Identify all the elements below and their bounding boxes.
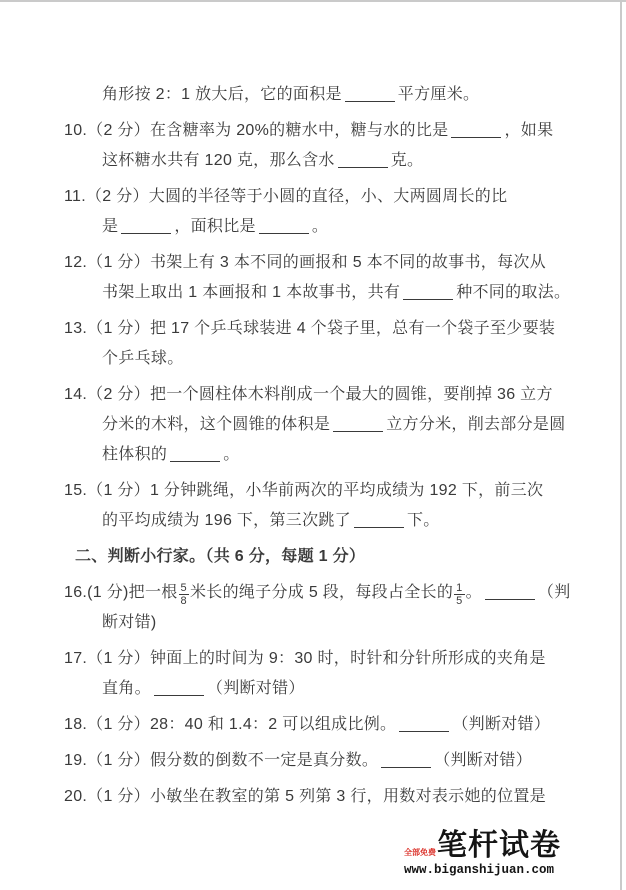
text-run: 10.（2 分）在含糖率为 20%的糖水中，糖与水的比是 <box>64 122 448 139</box>
text-run: 的平均成绩为 196 下，第三次跳了 <box>102 512 351 529</box>
q9-continuation: 角形按 2：1 放大后，它的面积是平方厘米。 <box>64 80 566 110</box>
text-run: ，如果 <box>504 122 553 139</box>
text-run: 是 <box>102 218 118 235</box>
answer-blank <box>333 414 383 432</box>
text-run: ，面积比是 <box>174 218 256 235</box>
fraction-denominator: 8 <box>179 595 189 607</box>
text-run: （判断对错） <box>452 716 550 733</box>
text-run: 18.（1 分）28：40 和 1.4：2 可以组成比例。 <box>64 716 396 733</box>
text-run: 这杯糖水共有 120 克，那么含水 <box>102 152 335 169</box>
text-run: 下。 <box>407 512 440 529</box>
text-run: 13.（1 分）把 17 个乒乓球装进 4 个袋子里，总有一个袋子至少要装 <box>64 320 555 337</box>
exam-body: 角形按 2：1 放大后，它的面积是平方厘米。10.（2 分）在含糖率为 20%的… <box>64 80 566 812</box>
q14: 14.（2 分）把一个圆柱体木料削成一个最大的圆锥，要削掉 36 立方分米的木料… <box>64 380 566 470</box>
text-run: 15.（1 分）1 分钟跳绳，小华前两次的平均成绩为 192 下，前三次 <box>64 482 543 499</box>
text-run: 平方厘米。 <box>398 86 480 103</box>
text-run: 二、判断小行家。（共 6 分，每题 1 分） <box>75 548 365 565</box>
text-run: 17.（1 分）钟面上的时间为 9：30 时，时针和分针所形成的夹角是 <box>64 650 546 667</box>
fraction-numerator: 1 <box>454 582 464 595</box>
page-right-border <box>620 0 622 890</box>
question-line: 分米的木料，这个圆锥的体积是立方分米，削去部分是圆 <box>102 410 566 440</box>
fraction-denominator: 5 <box>454 595 464 607</box>
question-line: 18.（1 分）28：40 和 1.4：2 可以组成比例。（判断对错） <box>64 710 566 740</box>
text-run: 米长的绳子分成 5 段，每段占全长的 <box>190 584 453 601</box>
q10: 10.（2 分）在含糖率为 20%的糖水中，糖与水的比是，如果这杯糖水共有 12… <box>64 116 566 176</box>
question-line: 14.（2 分）把一个圆柱体木料削成一个最大的圆锥，要削掉 36 立方 <box>64 380 566 410</box>
text-run: 直角。 <box>102 680 151 697</box>
question-line: 是，面积比是。 <box>102 212 566 242</box>
text-run: （判断对错） <box>207 680 305 697</box>
text-run: 11.（2 分）大圆的半径等于小圆的直径，小、大两圆周长的比 <box>64 188 507 205</box>
watermark-brand: 笔杆试卷 <box>437 831 561 861</box>
fraction: 58 <box>179 582 189 607</box>
question-line: 直角。（判断对错） <box>102 674 566 704</box>
question-line: 10.（2 分）在含糖率为 20%的糖水中，糖与水的比是，如果 <box>64 116 566 146</box>
answer-blank <box>259 216 309 234</box>
question-line: 断对错) <box>102 608 566 638</box>
q20: 20.（1 分）小敏坐在教室的第 5 列第 3 行，用数对表示她的位置是 <box>64 782 566 812</box>
text-run: 立方分米，削去部分是圆 <box>386 416 565 433</box>
answer-blank <box>485 582 535 600</box>
fraction: 15 <box>454 582 464 607</box>
answer-blank <box>381 750 431 768</box>
text-run: 12.（1 分）书架上有 3 本不同的画报和 5 本不同的故事书，每次从 <box>64 254 546 271</box>
question-line: 个乒乓球。 <box>102 344 566 374</box>
q11: 11.（2 分）大圆的半径等于小圆的直径，小、大两圆周长的比是，面积比是。 <box>64 182 566 242</box>
page-top-border <box>0 0 626 2</box>
section-2-heading: 二、判断小行家。（共 6 分，每题 1 分） <box>64 542 566 572</box>
q16: 16.(1 分)把一根58米长的绳子分成 5 段，每段占全长的15。（判断对错) <box>64 578 566 638</box>
question-line: 书架上取出 1 本画报和 1 本故事书，共有种不同的取法。 <box>102 278 566 308</box>
q17: 17.（1 分）钟面上的时间为 9：30 时，时针和分针所形成的夹角是直角。（判… <box>64 644 566 704</box>
text-run: 。 <box>223 446 239 463</box>
text-run: （判断对错） <box>434 752 532 769</box>
section-heading: 二、判断小行家。（共 6 分，每题 1 分） <box>75 542 566 572</box>
question-line: 这杯糖水共有 120 克，那么含水克。 <box>102 146 566 176</box>
answer-blank <box>170 444 220 462</box>
text-run: （判 <box>538 584 571 601</box>
answer-blank <box>154 678 204 696</box>
question-line: 的平均成绩为 196 下，第三次跳了下。 <box>102 506 566 536</box>
text-run: 分米的木料，这个圆锥的体积是 <box>102 416 330 433</box>
watermark: 全部免费 笔杆试卷 www.biganshijuan.com <box>404 831 574 877</box>
question-line: 柱体积的。 <box>102 440 566 470</box>
q19: 19.（1 分）假分数的倒数不一定是真分数。（判断对错） <box>64 746 566 776</box>
text-run: 断对错) <box>102 614 157 631</box>
text-run: 种不同的取法。 <box>456 284 570 301</box>
answer-blank <box>354 510 404 528</box>
text-run: 角形按 2：1 放大后，它的面积是 <box>102 86 342 103</box>
answer-blank <box>403 282 453 300</box>
answer-blank <box>338 150 388 168</box>
q13: 13.（1 分）把 17 个乒乓球装进 4 个袋子里，总有一个袋子至少要装个乒乓… <box>64 314 566 374</box>
text-run: 20.（1 分）小敏坐在教室的第 5 列第 3 行，用数对表示她的位置是 <box>64 788 546 805</box>
text-run: 19.（1 分）假分数的倒数不一定是真分数。 <box>64 752 378 769</box>
question-line: 13.（1 分）把 17 个乒乓球装进 4 个袋子里，总有一个袋子至少要装 <box>64 314 566 344</box>
watermark-free-tag: 全部免费 <box>404 849 436 857</box>
answer-blank <box>399 714 449 732</box>
text-run: 16.(1 分)把一根 <box>64 584 178 601</box>
q15: 15.（1 分）1 分钟跳绳，小华前两次的平均成绩为 192 下，前三次的平均成… <box>64 476 566 536</box>
text-run: 柱体积的 <box>102 446 167 463</box>
q18: 18.（1 分）28：40 和 1.4：2 可以组成比例。（判断对错） <box>64 710 566 740</box>
text-run: 克。 <box>391 152 424 169</box>
text-run: 书架上取出 1 本画报和 1 本故事书，共有 <box>102 284 400 301</box>
text-run: 。 <box>312 218 328 235</box>
text-run: 。 <box>466 584 482 601</box>
watermark-brand-row: 全部免费 笔杆试卷 <box>404 831 561 861</box>
question-line: 19.（1 分）假分数的倒数不一定是真分数。（判断对错） <box>64 746 566 776</box>
question-line: 角形按 2：1 放大后，它的面积是平方厘米。 <box>102 80 566 110</box>
question-line: 11.（2 分）大圆的半径等于小圆的直径，小、大两圆周长的比 <box>64 182 566 212</box>
text-run: 14.（2 分）把一个圆柱体木料削成一个最大的圆锥，要削掉 36 立方 <box>64 386 553 403</box>
question-line: 12.（1 分）书架上有 3 本不同的画报和 5 本不同的故事书，每次从 <box>64 248 566 278</box>
text-run: 个乒乓球。 <box>102 350 184 367</box>
fraction-numerator: 5 <box>179 582 189 595</box>
answer-blank <box>121 216 171 234</box>
answer-blank <box>345 84 395 102</box>
question-line: 20.（1 分）小敏坐在教室的第 5 列第 3 行，用数对表示她的位置是 <box>64 782 566 812</box>
q12: 12.（1 分）书架上有 3 本不同的画报和 5 本不同的故事书，每次从书架上取… <box>64 248 566 308</box>
question-line: 17.（1 分）钟面上的时间为 9：30 时，时针和分针所形成的夹角是 <box>64 644 566 674</box>
answer-blank <box>451 120 501 138</box>
question-line: 16.(1 分)把一根58米长的绳子分成 5 段，每段占全长的15。（判 <box>64 578 566 608</box>
question-line: 15.（1 分）1 分钟跳绳，小华前两次的平均成绩为 192 下，前三次 <box>64 476 566 506</box>
watermark-url: www.biganshijuan.com <box>404 863 574 877</box>
